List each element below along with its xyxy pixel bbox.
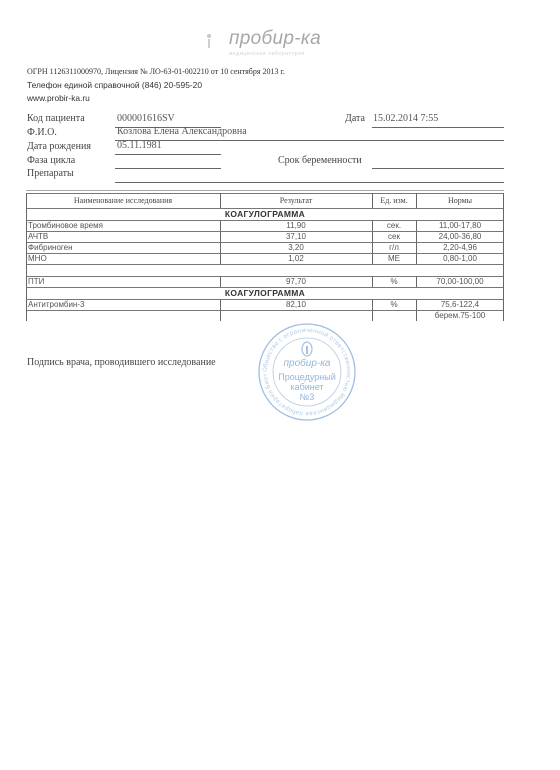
table-row: берем.75-100 — [26, 310, 504, 321]
table-row: Антитромбин-382,10%75,6-122,4 — [26, 299, 504, 310]
table-header-row: Наименование исследования Результат Ед. … — [26, 193, 504, 208]
test-result: 37,10 — [220, 231, 372, 242]
patient-code-label: Код пациента — [27, 113, 85, 124]
row-divider — [26, 231, 504, 232]
table-border — [503, 193, 504, 321]
org-phone: Телефон единой справочной (846) 20-595-2… — [27, 80, 202, 90]
logo-name: пробир-ка — [229, 28, 321, 50]
row-divider — [26, 299, 504, 300]
column-divider — [416, 276, 417, 287]
column-divider — [416, 299, 417, 310]
empty-row — [26, 264, 504, 276]
org-registration: ОГРН 1126311000970, Лицензия № ЛО-63-01-… — [27, 67, 285, 76]
test-name: Тромбиновое время — [28, 220, 220, 231]
column-divider — [416, 310, 417, 321]
section-title: КОАГУЛОГРАММА — [26, 287, 504, 299]
column-divider — [220, 220, 221, 231]
test-norm: берем.75-100 — [416, 310, 504, 321]
test-norm: 11,00-17,80 — [416, 220, 504, 231]
svg-text:кабинет: кабинет — [290, 382, 323, 392]
table-row: АЧТВ37,10сек24,00-36,80 — [26, 231, 504, 242]
row-divider — [26, 242, 504, 243]
logo-tagline: медицинская лаборатория — [229, 51, 305, 57]
table-row: ПТИ97,70%70,00-100,00 — [26, 276, 504, 287]
cycle-phase-underline — [115, 168, 221, 169]
column-divider — [416, 231, 417, 242]
table-row: МНО1,02МЕ0,80-1,00 — [26, 253, 504, 264]
test-result: 11,90 — [220, 220, 372, 231]
section-row: КОАГУЛОГРАММА — [26, 208, 504, 220]
column-divider — [372, 310, 373, 321]
svg-text:пробир-ка: пробир-ка — [284, 357, 331, 369]
row-divider — [26, 208, 504, 209]
separator-line — [26, 190, 504, 191]
table-row: Фибриноген3,20г/л2,20-4,96 — [26, 242, 504, 253]
row-divider — [26, 287, 504, 288]
column-divider — [220, 299, 221, 310]
column-divider — [220, 193, 221, 208]
date-value: 15.02.2014 7:55 — [373, 113, 438, 124]
test-result — [220, 310, 372, 321]
birth-date-label: Дата рождения — [27, 141, 91, 152]
test-unit: % — [372, 276, 416, 287]
column-header-unit: Ед. изм. — [372, 193, 416, 208]
test-norm: 70,00-100,00 — [416, 276, 504, 287]
column-divider — [372, 242, 373, 253]
column-divider — [416, 193, 417, 208]
date-label: Дата — [345, 113, 365, 124]
test-result: 3,20 — [220, 242, 372, 253]
column-divider — [416, 253, 417, 264]
test-name: АЧТВ — [28, 231, 220, 242]
test-unit — [372, 310, 416, 321]
svg-text:№3: №3 — [300, 392, 315, 402]
column-divider — [372, 193, 373, 208]
test-unit: % — [372, 299, 416, 310]
column-divider — [220, 276, 221, 287]
column-divider — [416, 242, 417, 253]
column-divider — [372, 276, 373, 287]
column-header-result: Результат — [220, 193, 372, 208]
column-divider — [372, 253, 373, 264]
drugs-label: Препараты — [27, 168, 74, 179]
lab-stamp: Общество с ограниченной ответственностью… — [257, 322, 357, 422]
column-header-name: Наименование исследования — [26, 193, 220, 208]
test-norm: 24,00-36,80 — [416, 231, 504, 242]
row-divider — [26, 220, 504, 221]
column-divider — [220, 310, 221, 321]
test-name: ПТИ — [28, 276, 220, 287]
column-divider — [372, 220, 373, 231]
patient-name-underline — [115, 140, 504, 141]
test-unit: г/л — [372, 242, 416, 253]
svg-text:Общество с ограниченной ответс: Общество с ограниченной ответственностью… — [257, 322, 352, 417]
test-result: 1,02 — [220, 253, 372, 264]
test-unit: сек. — [372, 220, 416, 231]
logo-mark-icon — [205, 34, 213, 48]
svg-text:Процедурный: Процедурный — [278, 372, 335, 382]
test-norm: 0,80-1,00 — [416, 253, 504, 264]
org-website: www.probir-ka.ru — [27, 93, 90, 103]
column-divider — [372, 231, 373, 242]
stamp-seal-icon: Общество с ограниченной ответственностью… — [257, 322, 357, 422]
row-divider — [26, 310, 504, 311]
column-divider — [220, 242, 221, 253]
test-result: 82,10 — [220, 299, 372, 310]
column-divider — [372, 299, 373, 310]
birth-date-value: 05.11.1981 — [117, 140, 162, 151]
test-name: Антитромбин-3 — [28, 299, 220, 310]
test-result: 97,70 — [220, 276, 372, 287]
table-row: Тромбиновое время11,90сек.11,00-17,80 — [26, 220, 504, 231]
row-divider — [26, 276, 504, 277]
test-name: Фибриноген — [28, 242, 220, 253]
pregnancy-term-label: Срок беременности — [278, 155, 362, 166]
section-title: КОАГУЛОГРАММА — [26, 208, 504, 220]
test-norm: 2,20-4,96 — [416, 242, 504, 253]
section-row: КОАГУЛОГРАММА — [26, 287, 504, 299]
date-underline — [372, 127, 504, 128]
patient-code-value: 000001616SV — [117, 113, 175, 124]
test-name — [28, 310, 220, 321]
row-divider — [26, 193, 504, 194]
patient-name-value: Козлова Елена Александровна — [117, 126, 247, 137]
test-unit: МЕ — [372, 253, 416, 264]
lab-logo: пробир-ка медицинская лаборатория — [205, 28, 365, 58]
test-norm: 75,6-122,4 — [416, 299, 504, 310]
pregnancy-term-underline — [372, 168, 504, 169]
column-divider — [416, 220, 417, 231]
column-divider — [220, 231, 221, 242]
column-divider — [220, 253, 221, 264]
drugs-underline — [115, 182, 504, 183]
test-unit: сек — [372, 231, 416, 242]
row-divider — [26, 253, 504, 254]
cycle-phase-label: Фаза цикла — [27, 155, 75, 166]
patient-name-label: Ф.И.О. — [27, 127, 57, 138]
table-border — [26, 193, 27, 321]
birth-date-underline — [115, 154, 221, 155]
row-divider — [26, 264, 504, 265]
column-header-norm: Нормы — [416, 193, 504, 208]
test-name: МНО — [28, 253, 220, 264]
doctor-signature-label: Подпись врача, проводившего исследование — [27, 357, 216, 368]
results-table: Наименование исследования Результат Ед. … — [26, 193, 504, 321]
